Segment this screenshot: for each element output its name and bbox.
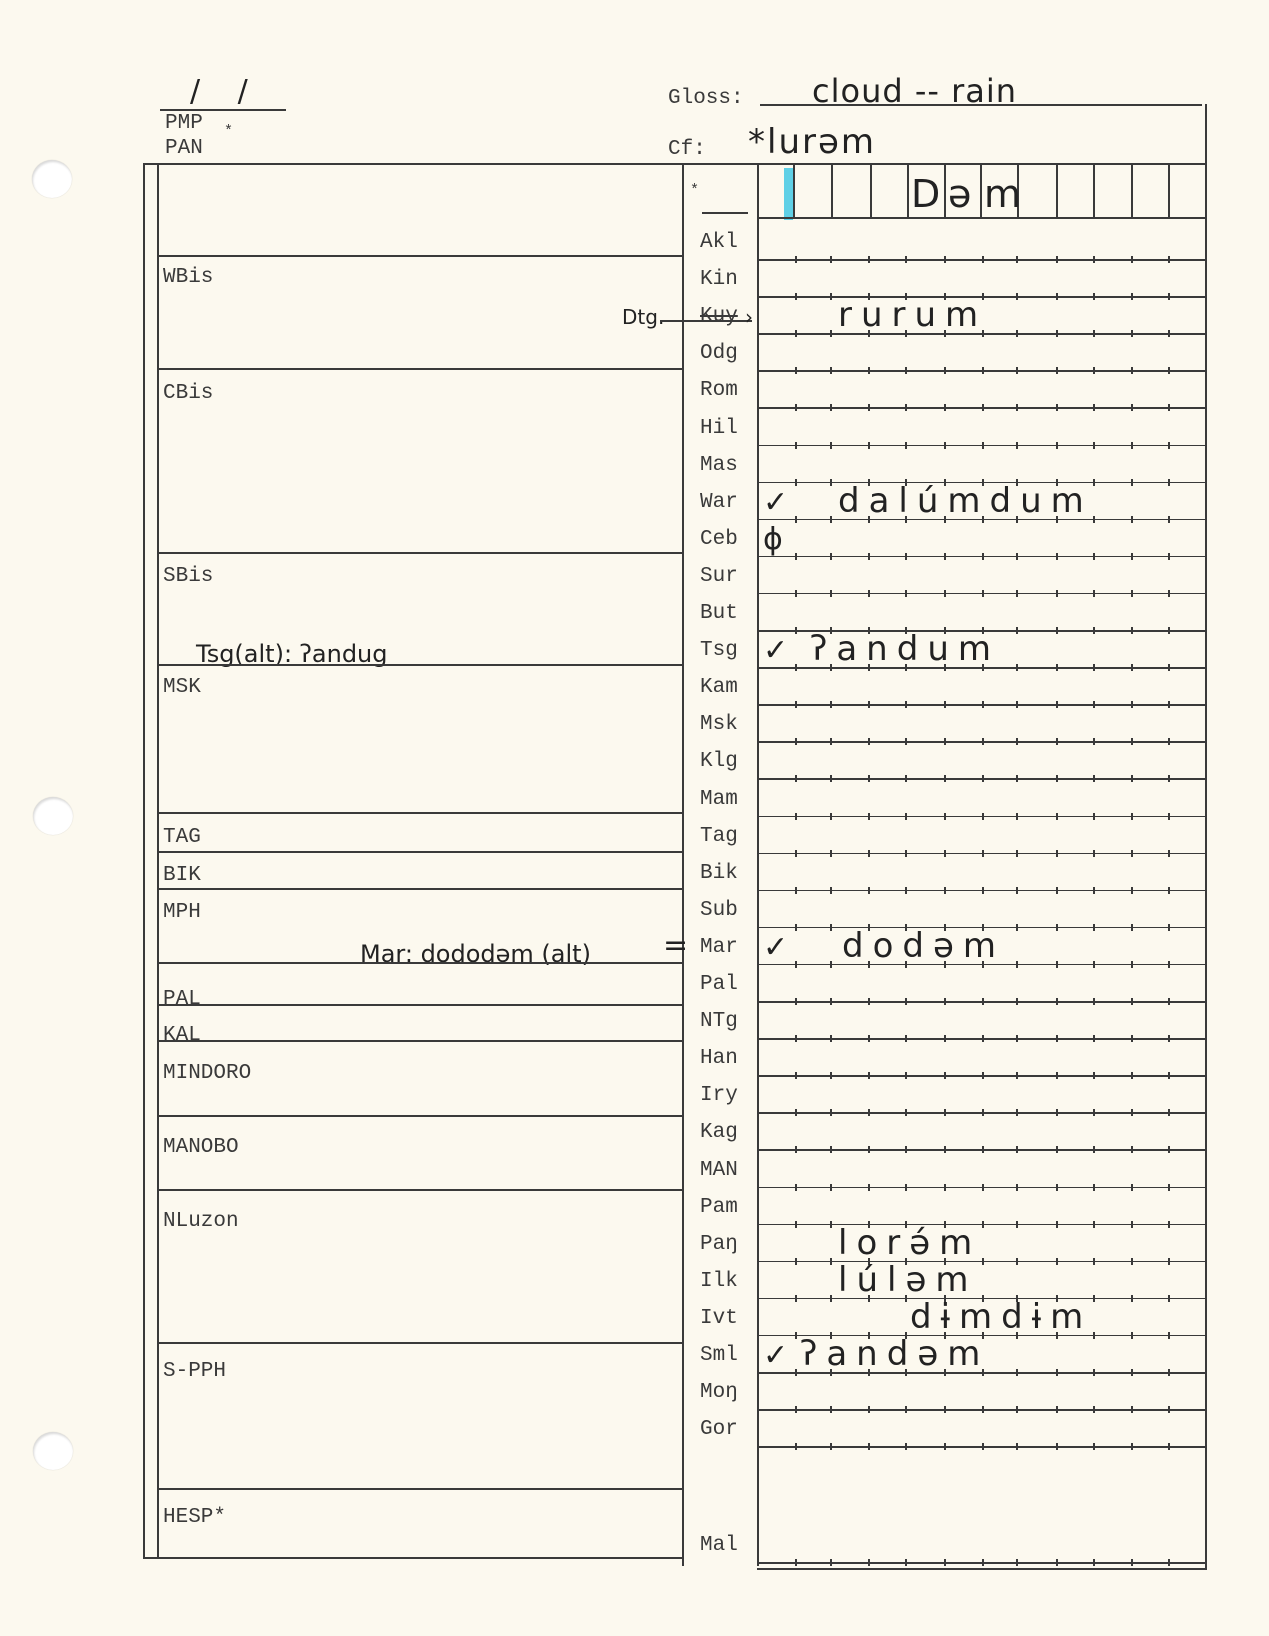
row-tick [1205,293,1207,300]
pan-label: PAN [165,137,203,160]
row-tick [1056,293,1058,300]
row-tick [868,404,870,411]
row-rule [757,853,1205,855]
row-tick [1131,1332,1133,1339]
row-tick [1016,256,1018,263]
row-tick [982,1258,984,1265]
check-mark: ✓ [763,930,788,965]
row-tick [982,590,984,597]
row-tick [1056,1258,1058,1265]
row-tick [905,813,907,820]
row-tick [944,553,946,560]
row-tick [905,701,907,708]
row-tick [982,1184,984,1191]
row-tick [944,590,946,597]
row-tick [905,1184,907,1191]
row-tick [1131,701,1133,708]
row-tick [868,1443,870,1450]
row-tick [795,1369,797,1376]
row-tick [1016,1443,1018,1450]
row-tick [1131,1035,1133,1042]
row-tick [1131,553,1133,560]
row-tick [1131,924,1133,931]
row-tick [795,627,797,634]
gloss-underline [760,104,1202,106]
row-tick [1168,516,1170,523]
row-tick [1205,1072,1207,1079]
reconstruction-cell: m [984,172,1021,216]
row-tick [944,775,946,782]
row-tick [1056,775,1058,782]
row-tick [982,998,984,1005]
row-tick [795,1035,797,1042]
row-tick [1131,1109,1133,1116]
form-paŋ: lorə́m [838,1223,981,1263]
check-mark: ✓ [763,633,788,668]
row-tick [1016,701,1018,708]
row-tick [944,404,946,411]
row-tick [1168,1258,1170,1265]
row-tick [1056,961,1058,968]
row-tick [1093,256,1095,263]
row-tick [1093,998,1095,1005]
language-code-tag: Tag [700,825,738,848]
row-tick [1056,924,1058,931]
row-tick [1168,1406,1170,1413]
cf-label: Cf: [668,138,706,161]
row-tick [1016,330,1018,337]
row-tick [1131,738,1133,745]
row-tick [1205,553,1207,560]
arrow-icon: › [745,305,753,329]
group-label-tag: TAG [163,826,201,849]
row-tick [1016,404,1018,411]
row-tick [1131,293,1133,300]
row-tick [868,1109,870,1116]
row-tick [1168,1072,1170,1079]
row-tick [944,701,946,708]
row-tick [830,1559,832,1566]
group-divider [157,812,682,814]
row-tick [1168,998,1170,1005]
row-tick [1093,404,1095,411]
row-tick [1168,1184,1170,1191]
row-tick [1168,1332,1170,1339]
row-tick [1016,627,1018,634]
frame-top [143,163,1205,165]
row-tick [795,1559,797,1566]
group-note-mph: Mar: dododəm (alt) [360,940,591,968]
row-rule [757,1562,1205,1564]
group-divider [157,1488,682,1490]
row-tick [1131,1559,1133,1566]
row-tick [982,738,984,745]
row-tick [1016,1184,1018,1191]
row-tick [1168,367,1170,374]
language-code-war: War [700,491,738,514]
row-tick [1168,813,1170,820]
row-tick [868,887,870,894]
row-rule [757,704,1205,706]
row-tick [1205,1443,1207,1450]
row-tick [1016,887,1018,894]
row-tick [1131,1221,1133,1228]
row-tick [868,1559,870,1566]
pmp-asterisk: * [224,123,233,140]
row-tick [1016,961,1018,968]
row-tick [1131,442,1133,449]
cell-divider [831,163,833,218]
row-tick [1093,701,1095,708]
row-tick [795,1146,797,1153]
group-label-cbis: CBis [163,382,213,405]
row-tick [1131,479,1133,486]
row-tick [982,367,984,374]
language-code-hil: Hil [700,417,738,440]
row-tick [1093,1109,1095,1116]
row-tick [1056,1035,1058,1042]
row-tick [830,516,832,523]
group-label-pal: PAL [163,988,201,1011]
binder-hole-bottom [33,1432,73,1470]
row-tick [1056,701,1058,708]
group-divider [157,1004,682,1006]
language-code-sub: Sub [700,899,738,922]
row-tick [795,998,797,1005]
language-code-sml: Sml [700,1344,738,1367]
row-tick [1131,404,1133,411]
row-tick [1168,330,1170,337]
row-tick [830,256,832,263]
row-tick [795,775,797,782]
row-tick [1131,256,1133,263]
row-tick [1205,590,1207,597]
row-tick [1056,627,1058,634]
row-rule [757,407,1205,409]
row-tick [905,590,907,597]
row-tick [795,330,797,337]
row-tick [1168,627,1170,634]
row-tick [1016,998,1018,1005]
row-tick [1205,775,1207,782]
language-code-kam: Kam [700,676,738,699]
row-tick [1056,1369,1058,1376]
language-code-mas: Mas [700,454,738,477]
group-label-mph: MPH [163,901,201,924]
row-tick [1093,1072,1095,1079]
row-tick [830,1443,832,1450]
row-tick [795,479,797,486]
row-tick [1131,627,1133,634]
language-code-ivt: Ivt [700,1307,738,1330]
row-tick [1093,442,1095,449]
row-tick [905,1146,907,1153]
row-tick [1016,738,1018,745]
row-tick [982,813,984,820]
row-tick [1168,1221,1170,1228]
row-tick [1205,924,1207,931]
reconstruction-blank [702,212,748,214]
language-code-han: Han [700,1047,738,1070]
row-tick [982,1559,984,1566]
row-tick [868,701,870,708]
group-label-wbis: WBis [163,266,213,289]
language-code-msk: Msk [700,713,738,736]
row-tick [795,1184,797,1191]
row-tick [982,1109,984,1116]
form-mar: dodəm [842,926,1005,966]
row-tick [982,1221,984,1228]
row-rule [757,1075,1205,1077]
row-tick [1056,256,1058,263]
group-label-manobo: MANOBO [163,1136,239,1159]
group-divider [157,1115,682,1117]
language-code-tsg: Tsg [700,639,738,662]
cell-divider [980,163,982,218]
row-tick [795,404,797,411]
row-tick [1168,738,1170,745]
row-tick [1093,1146,1095,1153]
row-tick [1093,627,1095,634]
row-tick [1016,924,1018,931]
row-tick [1093,775,1095,782]
row-tick [1205,404,1207,411]
row-tick [1056,442,1058,449]
row-tick [1056,404,1058,411]
row-tick [1205,367,1207,374]
annotation-kuy: Dtg. [622,305,664,329]
row-tick [1056,738,1058,745]
cell-divider [793,163,795,218]
row-tick [1016,1146,1018,1153]
row-tick [1205,664,1207,671]
row-tick [830,479,832,486]
row-tick [944,1184,946,1191]
row-tick [830,1072,832,1079]
group-label-hesp: HESP* [163,1506,226,1529]
form-kuy: rurum [838,295,987,335]
row-tick [1016,850,1018,857]
row-tick [1205,442,1207,449]
row-tick [905,850,907,857]
row-tick [830,813,832,820]
row-tick [905,887,907,894]
row-tick [795,256,797,263]
row-tick [795,516,797,523]
row-tick [1205,1184,1207,1191]
row-rule [757,1038,1205,1040]
row-tick [944,1443,946,1450]
row-tick [1093,850,1095,857]
row-tick [1016,1369,1018,1376]
row-tick [830,404,832,411]
row-tick [830,1146,832,1153]
row-tick [830,293,832,300]
row-tick [982,1146,984,1153]
row-tick [1205,1406,1207,1413]
row-tick [830,850,832,857]
language-code-iry: Iry [700,1084,738,1107]
frame-bottom [143,1557,683,1559]
cell-divider [1093,163,1095,218]
frame-mid [682,163,684,1566]
row-tick [1093,1035,1095,1042]
row-tick [1093,924,1095,931]
row-rule [757,259,1205,261]
row-tick [1168,1109,1170,1116]
row-tick [1056,330,1058,337]
row-tick [1168,256,1170,263]
row-tick [868,998,870,1005]
row-tick [795,1072,797,1079]
row-tick [830,330,832,337]
row-tick [795,664,797,671]
row-tick [944,813,946,820]
row-tick [1093,961,1095,968]
row-tick [1016,442,1018,449]
row-rule [757,556,1205,558]
language-code-rom: Rom [700,379,738,402]
row-tick [1131,590,1133,597]
row-tick [868,775,870,782]
row-tick [1168,1035,1170,1042]
row-tick [1205,1109,1207,1116]
row-tick [1093,1221,1095,1228]
form-ilk: lúləm [838,1260,977,1300]
group-label-nluzon: NLuzon [163,1210,239,1233]
row-tick [1093,1406,1095,1413]
row-tick [1168,1443,1170,1450]
reconstruction-cell: ə [948,172,971,216]
cell-divider [944,163,946,218]
row-tick [830,1035,832,1042]
row-tick [1016,1221,1018,1228]
language-code-mam: Mam [700,788,738,811]
row-tick [1131,850,1133,857]
language-code-mar: Mar [700,936,738,959]
row-tick [905,1443,907,1450]
row-tick [1131,961,1133,968]
language-code-pam: Pam [700,1196,738,1219]
row-rule [757,1409,1205,1411]
row-tick [1205,1559,1207,1566]
row-tick [905,1406,907,1413]
row-tick [1205,516,1207,523]
language-code-ilk: Ilk [700,1270,738,1293]
row-tick [1056,1146,1058,1153]
row-tick [905,1109,907,1116]
row-tick [830,775,832,782]
row-tick [1016,1258,1018,1265]
row-tick [868,367,870,374]
language-code-pal: Pal [700,973,738,996]
row-tick [1205,479,1207,486]
row-tick [1016,590,1018,597]
row-tick [1205,1146,1207,1153]
row-tick [1131,1369,1133,1376]
frame-right [1205,104,1207,1570]
date-underline [160,109,286,111]
row-tick [1131,998,1133,1005]
row-tick [1205,1258,1207,1265]
row-tick [830,998,832,1005]
row-tick [795,1406,797,1413]
row-rule [757,445,1205,447]
row-tick [1056,664,1058,671]
cell-divider [1131,163,1133,218]
row-tick [982,256,984,263]
group-divider [157,962,682,964]
language-code-moŋ: Moŋ [700,1381,738,1404]
row-tick [1056,553,1058,560]
row-tick [795,738,797,745]
row-tick [1168,1295,1170,1302]
row-tick [1093,293,1095,300]
row-tick [795,924,797,931]
row-tick [1168,775,1170,782]
row-tick [1093,1332,1095,1339]
row-tick [1168,701,1170,708]
form-sml: ʔandəm [800,1334,989,1374]
row-tick [1093,1369,1095,1376]
row-tick [944,256,946,263]
row-tick [1016,293,1018,300]
language-code-bik: Bik [700,862,738,885]
row-tick [1093,664,1095,671]
row-tick [830,1184,832,1191]
row-tick [1131,330,1133,337]
language-code-sur: Sur [700,565,738,588]
row-tick [944,367,946,374]
reconstruction-asterisk: * [690,182,699,199]
row-tick [1205,961,1207,968]
row-tick [1093,553,1095,560]
cf-value: *lurəm [748,122,876,162]
row-tick [830,367,832,374]
row-tick [868,813,870,820]
row-rule [757,741,1205,743]
row-tick [1168,664,1170,671]
row-tick [795,1109,797,1116]
row-tick [905,998,907,1005]
row-tick [795,850,797,857]
row-tick [830,1221,832,1228]
row-tick [868,1184,870,1191]
row-tick [1093,813,1095,820]
row-tick [830,1109,832,1116]
row-tick [868,1072,870,1079]
form-ivt: dɨmdɨm [910,1297,1092,1337]
row-tick [1131,1295,1133,1302]
row-tick [1168,961,1170,968]
row-tick [982,701,984,708]
frame-code-right [757,163,759,1566]
language-code-akl: Akl [700,231,738,254]
row-tick [1205,1332,1207,1339]
row-tick [830,1406,832,1413]
row-tick [982,1035,984,1042]
group-label-spph: S-PPH [163,1360,226,1383]
row-tick [1168,590,1170,597]
group-label-msk: MSK [163,676,201,699]
row-tick [1131,1184,1133,1191]
row-tick [830,887,832,894]
row-rule [757,370,1205,372]
row-tick [1205,627,1207,634]
row-tick [1056,887,1058,894]
group-label-kal: KAL [163,1024,201,1047]
check-mark: ✓ [763,1338,788,1373]
